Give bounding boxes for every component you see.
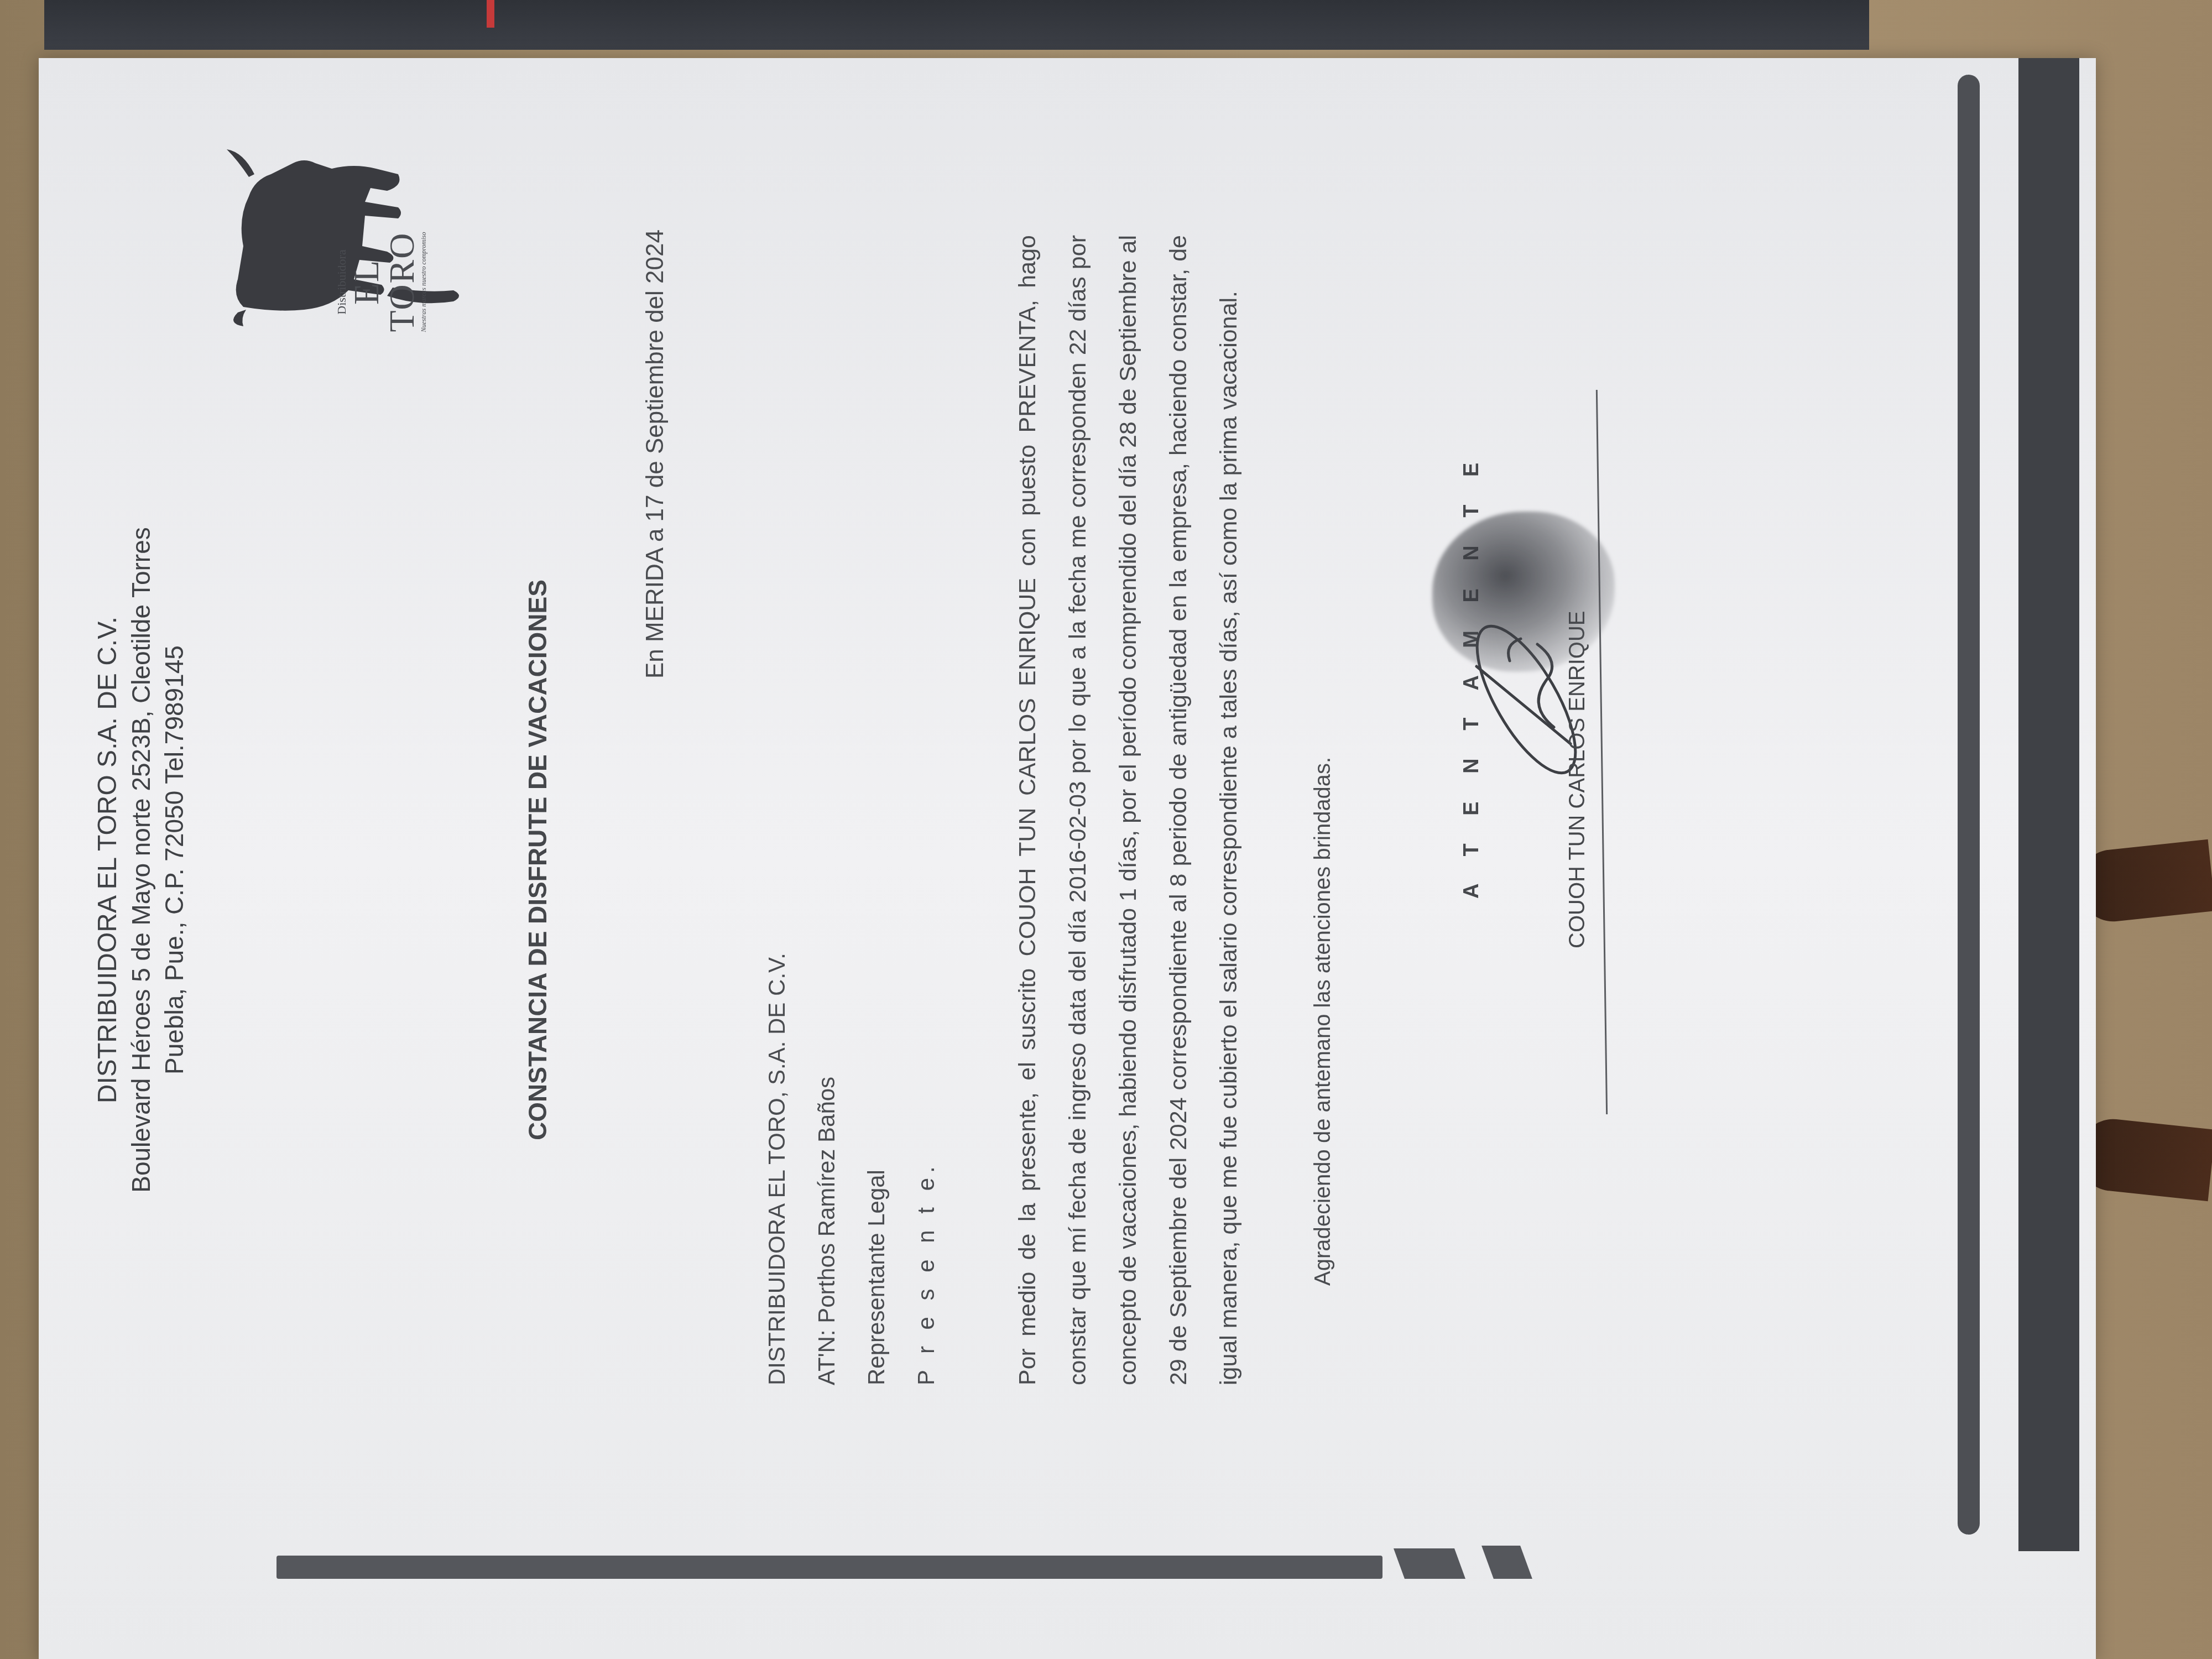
addressee-attention: AT'N: Porthos Ramírez Baños [802, 953, 852, 1385]
brand-logo: Distribuidora EL TORO Nuestras marcas nu… [335, 210, 428, 354]
date-line: En MERIDA a 17 de Septiembre del 2024 [641, 229, 669, 679]
decorative-bar [2018, 58, 2079, 1551]
fingerprint-mark [1432, 512, 1615, 672]
addressee-role: Representante Legal [852, 953, 901, 1385]
letterhead-city: Puebla, Pue., C.P. 72050 Tel.7989145 [158, 58, 191, 1659]
brand-tagline: Nuestras marcas nuestro compromiso [420, 210, 428, 354]
decorative-bar [276, 1556, 1383, 1579]
letterhead-address: Boulevard Héroes 5 de Mayo norte 2523B, … [124, 58, 158, 1659]
decorative-bar [1958, 75, 1980, 1535]
addressee-present: P r e s e n t e. [901, 953, 951, 1385]
letterhead-company: DISTRIBUIDORA EL TORO S.A. DE C.V. [91, 58, 124, 1659]
photo-frame: DISTRIBUIDORA EL TORO S.A. DE C.V. Boule… [0, 0, 2212, 1659]
decorative-block [1394, 1548, 1465, 1579]
signer-name: COUOH TUN CARLOS ENRIQUE [1565, 611, 1590, 948]
body-paragraph: Por medio de la presente, el suscrito CO… [1003, 235, 1254, 1385]
brand-name: EL TORO [349, 210, 420, 354]
addressee-block: DISTRIBUIDORA EL TORO, S.A. DE C.V. AT'N… [752, 953, 951, 1385]
document-title: CONSTANCIA DE DISFRUTE DE VACACIONES [523, 58, 552, 1659]
signature-block: A T E N T A M E N T E COUOH TUN CARLOS E… [1421, 229, 1808, 1114]
closing-line: Agradeciendo de antemano las atenciones … [1311, 757, 1335, 1286]
letterhead: DISTRIBUIDORA EL TORO S.A. DE C.V. Boule… [91, 58, 191, 1659]
addressee-company: DISTRIBUIDORA EL TORO, S.A. DE C.V. [752, 953, 802, 1385]
letter-sheet: DISTRIBUIDORA EL TORO S.A. DE C.V. Boule… [39, 58, 2096, 1659]
decorative-block [1481, 1546, 1532, 1579]
